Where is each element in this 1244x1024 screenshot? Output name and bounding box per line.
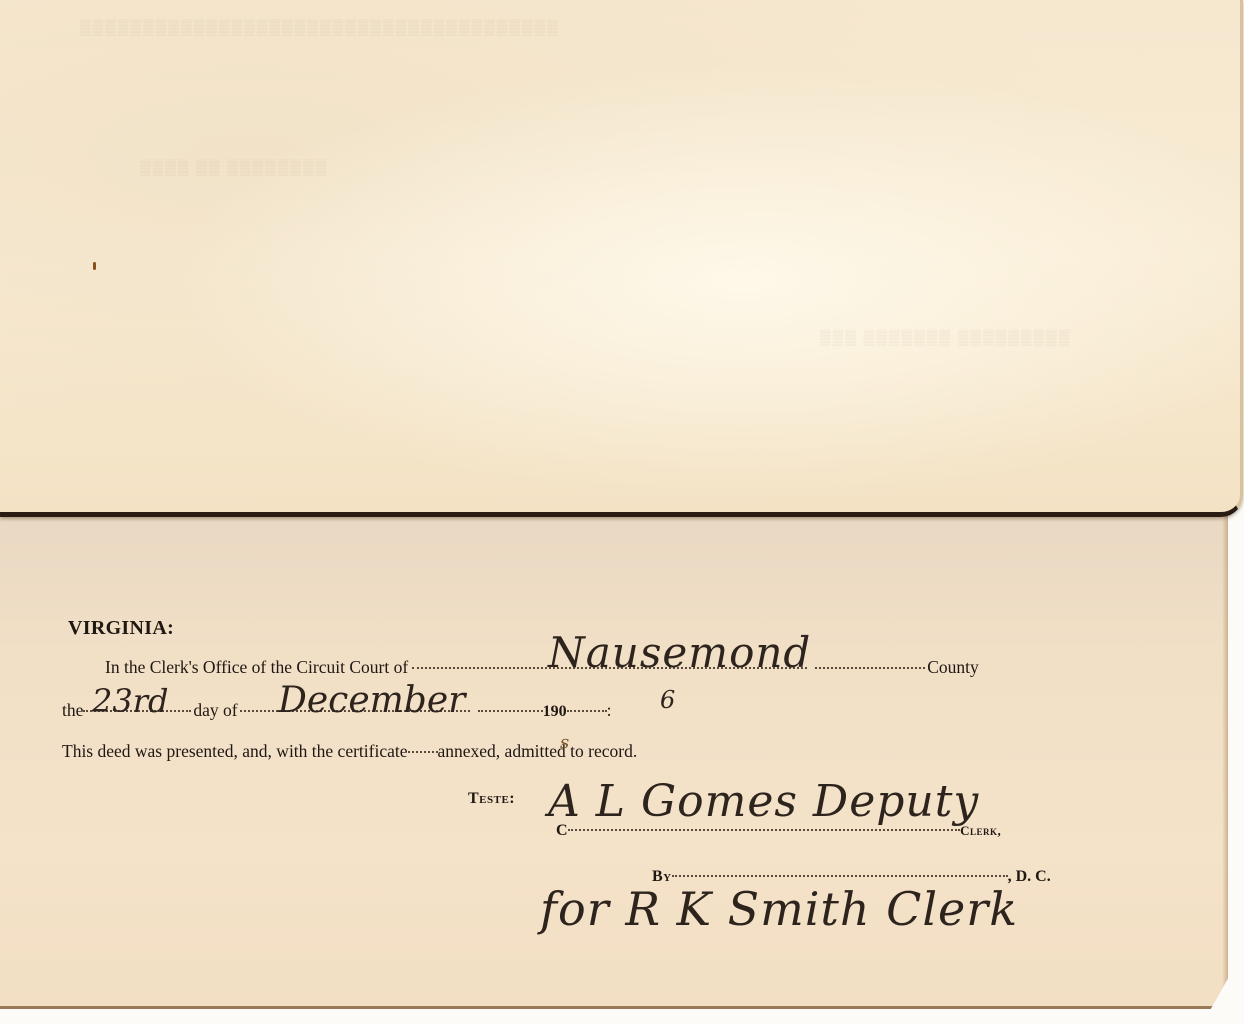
state-heading: VIRGINIA: xyxy=(68,617,174,640)
date-end-mark: : xyxy=(607,700,612,721)
signature-deputy: A L Gomes Deputy xyxy=(548,776,979,827)
recording-line-prefix: This deed was presented, and, with the c… xyxy=(62,741,408,762)
day-handwritten: 23rd xyxy=(92,682,169,720)
the-label: the xyxy=(62,700,83,721)
year-blank xyxy=(567,710,607,712)
recording-line-suffix: annexed, admitted to record. xyxy=(438,741,638,762)
clerk-blank xyxy=(568,829,960,831)
court-line: In the Clerk's Office of the Circuit Cou… xyxy=(105,657,979,678)
paper-stain xyxy=(93,262,96,270)
court-line-prefix: In the Clerk's Office of the Circuit Cou… xyxy=(105,657,408,678)
teste-label-text: Teste: xyxy=(468,790,515,808)
bleed-through-text: ▒▒▒▒▒▒▒▒▒▒▒▒▒▒▒▒▒▒▒▒▒▒▒▒▒▒▒▒▒▒▒▒▒▒▒▒▒▒ xyxy=(80,20,560,37)
county-label: County xyxy=(927,657,979,678)
month-handwritten: December xyxy=(278,680,465,721)
year-printed: 190 xyxy=(543,703,567,721)
signature-clerk: for R K Smith Clerk xyxy=(540,882,1018,936)
teste-label: Teste: xyxy=(468,790,515,808)
recording-line: This deed was presented, and, with the c… xyxy=(62,741,637,762)
county-handwritten: Nausemond xyxy=(548,628,811,677)
day-of-label: day of xyxy=(193,700,237,721)
certificate-handwritten: s xyxy=(560,732,569,753)
folded-upper-page: ▒▒▒▒ ▒▒ ▒▒▒▒▒▒▒▒ ▒▒▒ ▒▒▒▒▒▒▒ ▒▒▒▒▒▒▒▒▒ ▒… xyxy=(0,0,1243,517)
county-blank-extra xyxy=(815,667,925,669)
document-photo: ▒▒▒▒ ▒▒ ▒▒▒▒▒▒▒▒ ▒▒▒ ▒▒▒▒▒▒▒ ▒▒▒▒▒▒▒▒▒ ▒… xyxy=(0,0,1244,1024)
certificate-blank xyxy=(408,751,438,753)
bleed-through-text: ▒▒▒▒ ▒▒ ▒▒▒▒▒▒▒▒ xyxy=(140,160,328,177)
month-blank-extra xyxy=(478,710,543,712)
by-blank xyxy=(672,875,1008,877)
year-digit-handwritten: 6 xyxy=(660,686,675,714)
bleed-through-text: ▒▒▒ ▒▒▒▒▒▒▒ ▒▒▒▒▒▒▒▒▒ xyxy=(820,330,1071,347)
